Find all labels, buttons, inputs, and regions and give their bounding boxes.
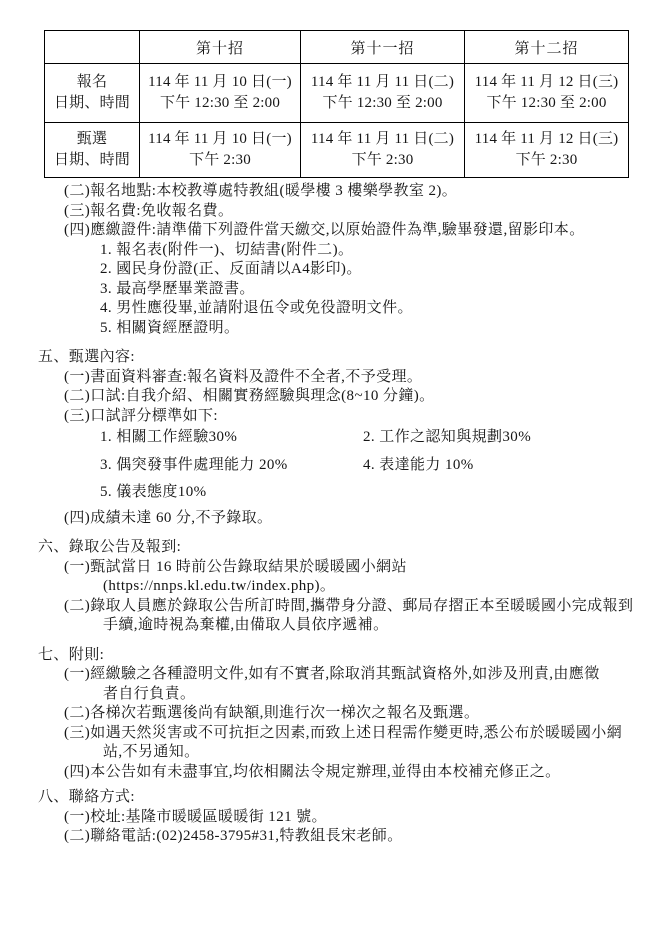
time-line: 下午 2:30 <box>465 150 628 171</box>
section-7-heading: 七、附則: <box>0 646 671 666</box>
date-line: 114 年 11 月 12 日(三) <box>465 129 628 150</box>
table-row-registration: 報名 日期、時間 114 年 11 月 10 日(一) 下午 12:30 至 2… <box>45 64 629 123</box>
row-label-selection: 甄選 日期、時間 <box>45 123 140 178</box>
section-8-heading: 八、聯絡方式: <box>0 788 671 808</box>
oral-test-item: (二)口試:自我介紹、相關實務經驗與理念(8~10 分鐘)。 <box>0 387 671 407</box>
criteria-row-1-right: 2. 工作之認知與規劃30% <box>363 429 531 445</box>
criteria-row-3: 5. 儀表態度10% <box>0 483 671 503</box>
document-page: 第十招 第十一招 第十二招 報名 日期、時間 114 年 11 月 10 日(一… <box>0 0 671 936</box>
address-item: (一)校址:基隆市暖暖區暖暖街 121 號。 <box>0 808 671 828</box>
table-header-round-10: 第十招 <box>140 31 301 64</box>
rule-2-item: (二)各梯次若甄選後尚有缺額,則進行次一梯次之報名及甄選。 <box>0 704 671 724</box>
table-header-empty <box>45 31 140 64</box>
rule-3-cont: 站,不另通知。 <box>0 743 671 763</box>
criteria-row-1: 1. 相關工作經驗30%2. 工作之認知與規劃30% <box>0 428 671 448</box>
schedule-table: 第十招 第十一招 第十二招 報名 日期、時間 114 年 11 月 10 日(一… <box>44 30 629 178</box>
rule-4-item: (四)本公告如有未盡事宜,均依相關法令規定辦理,並得由本校補充修正之。 <box>0 763 671 783</box>
date-line: 114 年 11 月 11 日(二) <box>301 72 464 93</box>
row-label-line: 甄選 <box>45 129 139 150</box>
time-line: 下午 12:30 至 2:00 <box>465 93 628 114</box>
section-6-heading: 六、錄取公告及報到: <box>0 538 671 558</box>
reg-location-item: (二)報名地點:本校教導處特教組(暖學樓 3 樓樂學教室 2)。 <box>0 182 671 202</box>
doc-3-diploma: 3. 最高學歷畢業證書。 <box>0 280 671 300</box>
doc-2-id-card: 2. 國民身份證(正、反面請以A4影印)。 <box>0 260 671 280</box>
time-line: 下午 2:30 <box>140 150 300 171</box>
time-line: 下午 2:30 <box>301 150 464 171</box>
checkin-item: (二)錄取人員應於錄取公告所訂時間,攜帶身分證、郵局存摺正本至暖暖國小完成報到 <box>0 597 671 617</box>
phone-item: (二)聯絡電話:(02)2458-3795#31,特教組長宋老師。 <box>0 827 671 847</box>
selection-cell-round-10: 114 年 11 月 10 日(一) 下午 2:30 <box>140 123 301 178</box>
doc-4-military-service: 4. 男性應役畢,並請附退伍令或免役證明文件。 <box>0 299 671 319</box>
row-label-registration: 報名 日期、時間 <box>45 64 140 123</box>
time-line: 下午 12:30 至 2:00 <box>301 93 464 114</box>
table-header-round-11: 第十一招 <box>301 31 465 64</box>
rule-1-item: (一)經繳驗之各種證明文件,如有不實者,除取消其甄試資格外,如涉及刑責,由應徵 <box>0 665 671 685</box>
registration-cell-round-10: 114 年 11 月 10 日(一) 下午 12:30 至 2:00 <box>140 64 301 123</box>
criteria-row-2: 3. 偶突發事件處理能力 20%4. 表達能力 10% <box>0 456 671 476</box>
required-documents-item: (四)應繳證件:請準備下列證件當天繳交,以原始證件為準,驗畢發還,留影印本。 <box>0 221 671 241</box>
website-url: (https://nnps.kl.edu.tw/index.php)。 <box>0 577 671 597</box>
rule-1-cont: 者自行負責。 <box>0 685 671 705</box>
document-body: (二)報名地點:本校教導處特教組(暖學樓 3 樓樂學教室 2)。(三)報名費:免… <box>0 182 671 847</box>
selection-cell-round-11: 114 年 11 月 11 日(二) 下午 2:30 <box>301 123 465 178</box>
rule-3-item: (三)如遇天然災害或不可抗拒之因素,而致上述日程需作變更時,悉公布於暖暖國小網 <box>0 724 671 744</box>
section-5-heading: 五、甄選內容: <box>0 348 671 368</box>
date-line: 114 年 11 月 10 日(一) <box>140 72 300 93</box>
table-row-selection: 甄選 日期、時間 114 年 11 月 10 日(一) 下午 2:30 114 … <box>45 123 629 178</box>
table-header-round-12: 第十二招 <box>465 31 629 64</box>
checkin-item-cont: 手續,逾時視為棄權,由備取人員依序遞補。 <box>0 616 671 636</box>
review-item: (一)書面資料審查:報名資料及證件不全者,不予受理。 <box>0 368 671 388</box>
table-header-row: 第十招 第十一招 第十二招 <box>45 31 629 64</box>
time-line: 下午 12:30 至 2:00 <box>140 93 300 114</box>
row-label-line: 報名 <box>45 72 139 93</box>
date-line: 114 年 11 月 12 日(三) <box>465 72 628 93</box>
date-line: 114 年 11 月 10 日(一) <box>140 129 300 150</box>
scoring-criteria-item: (三)口試評分標準如下: <box>0 407 671 427</box>
criteria-row-2-right: 4. 表達能力 10% <box>363 457 474 473</box>
doc-1-application-form: 1. 報名表(附件一)、切結書(附件二)。 <box>0 241 671 261</box>
row-label-line: 日期、時間 <box>45 150 139 171</box>
date-line: 114 年 11 月 11 日(二) <box>301 129 464 150</box>
passing-score-item: (四)成績未達 60 分,不予錄取。 <box>0 509 671 529</box>
criteria-row-2-left: 3. 偶突發事件處理能力 20% <box>100 456 363 476</box>
announcement-item: (一)甄試當日 16 時前公告錄取結果於暖暖國小網站 <box>0 558 671 578</box>
selection-cell-round-12: 114 年 11 月 12 日(三) 下午 2:30 <box>465 123 629 178</box>
criteria-row-1-left: 1. 相關工作經驗30% <box>100 428 363 448</box>
reg-fee-item: (三)報名費:免收報名費。 <box>0 202 671 222</box>
doc-5-experience-proof: 5. 相關資經歷證明。 <box>0 319 671 339</box>
registration-cell-round-12: 114 年 11 月 12 日(三) 下午 12:30 至 2:00 <box>465 64 629 123</box>
row-label-line: 日期、時間 <box>45 93 139 114</box>
registration-cell-round-11: 114 年 11 月 11 日(二) 下午 12:30 至 2:00 <box>301 64 465 123</box>
